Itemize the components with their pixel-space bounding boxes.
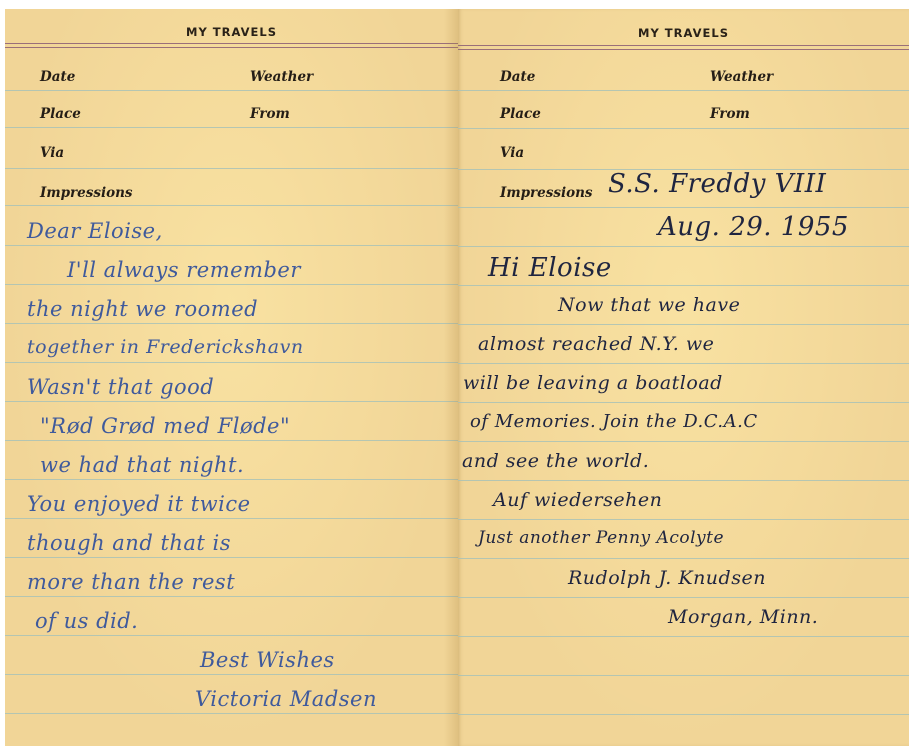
handwritten-line: You enjoyed it twice (27, 492, 251, 516)
greeting: Hi Eloise (488, 253, 612, 283)
closing-line: Best Wishes (200, 648, 335, 672)
ruled-line (5, 479, 458, 480)
handwritten-line: Dear Eloise, (27, 219, 163, 243)
handwritten-line: Now that we have (558, 294, 740, 316)
ruled-line (458, 597, 909, 598)
handwritten-line: of Memories. Join the D.C.A.C (470, 411, 758, 432)
ruled-line (458, 480, 909, 481)
header-rule-top (5, 43, 458, 44)
ruled-line (458, 285, 909, 286)
hometown: Morgan, Minn. (668, 606, 818, 628)
handwritten-line: Wasn't that good (27, 375, 214, 399)
handwritten-line: we had that night. (40, 453, 244, 477)
ruled-line (5, 205, 458, 206)
ruled-line (458, 246, 909, 247)
handwritten-line: almost reached N.Y. we (478, 333, 714, 355)
weather-label: Weather (250, 69, 313, 85)
journal-spread: MY TRAVELS Date Weather Place From Via I… (5, 9, 909, 746)
ruled-line (458, 675, 909, 676)
date-label: Date (500, 69, 535, 85)
right-page: MY TRAVELS Date Weather Place From Via I… (458, 9, 909, 746)
signature: Victoria Madsen (195, 687, 377, 711)
handwritten-line: more than the rest (27, 570, 235, 594)
via-label: Via (40, 145, 64, 161)
ruled-line (458, 519, 909, 520)
date-label: Date (40, 69, 75, 85)
place-label: Place (500, 106, 541, 122)
handwritten-line: of us did. (35, 609, 138, 633)
ruled-line (5, 401, 458, 402)
handwritten-line: together in Frederickshavn (27, 336, 304, 358)
impressions-label: Impressions (40, 185, 133, 201)
ruled-line (458, 128, 909, 129)
ruled-line (5, 168, 458, 169)
via-label: Via (500, 145, 524, 161)
ruled-line (458, 441, 909, 442)
ship-name: S.S. Freddy VIII (608, 169, 826, 199)
ruled-line (5, 635, 458, 636)
header-rule-top (458, 45, 909, 46)
handwritten-date: Aug. 29. 1955 (658, 212, 849, 242)
header-rule-bottom (458, 49, 909, 50)
from-label: From (250, 106, 290, 122)
ruled-line (5, 362, 458, 363)
ruled-line (458, 324, 909, 325)
ruled-line (458, 714, 909, 715)
handwritten-line: though and that is (27, 531, 231, 555)
handwritten-line: "Rød Grød med Fløde" (40, 414, 290, 438)
impressions-label: Impressions (500, 185, 593, 201)
signature: Rudolph J. Knudsen (568, 567, 766, 589)
ruled-line (5, 440, 458, 441)
handwritten-line: Just another Penny Acolyte (478, 528, 724, 548)
ruled-line (5, 596, 458, 597)
left-page: MY TRAVELS Date Weather Place From Via I… (5, 9, 458, 746)
ruled-line (458, 207, 909, 208)
page-header-title: MY TRAVELS (5, 25, 458, 39)
from-label: From (710, 106, 750, 122)
handwritten-line: will be leaving a boatload (463, 372, 723, 394)
ruled-line (5, 557, 458, 558)
ruled-line (458, 636, 909, 637)
ruled-line (5, 713, 458, 714)
farewell: Auf wiedersehen (493, 489, 662, 511)
ruled-line (5, 90, 458, 91)
ruled-line (5, 674, 458, 675)
header-rule-bottom (5, 47, 458, 48)
ruled-line (5, 518, 458, 519)
ruled-line (458, 402, 909, 403)
handwritten-line: I'll always remember (67, 258, 301, 282)
ruled-line (5, 323, 458, 324)
ruled-line (5, 245, 458, 246)
ruled-line (5, 127, 458, 128)
ruled-line (458, 90, 909, 91)
ruled-line (458, 363, 909, 364)
page-header-title: MY TRAVELS (458, 26, 909, 40)
place-label: Place (40, 106, 81, 122)
weather-label: Weather (710, 69, 773, 85)
ruled-line (458, 558, 909, 559)
ruled-line (5, 284, 458, 285)
handwritten-line: and see the world. (462, 450, 649, 472)
handwritten-line: the night we roomed (27, 297, 258, 321)
